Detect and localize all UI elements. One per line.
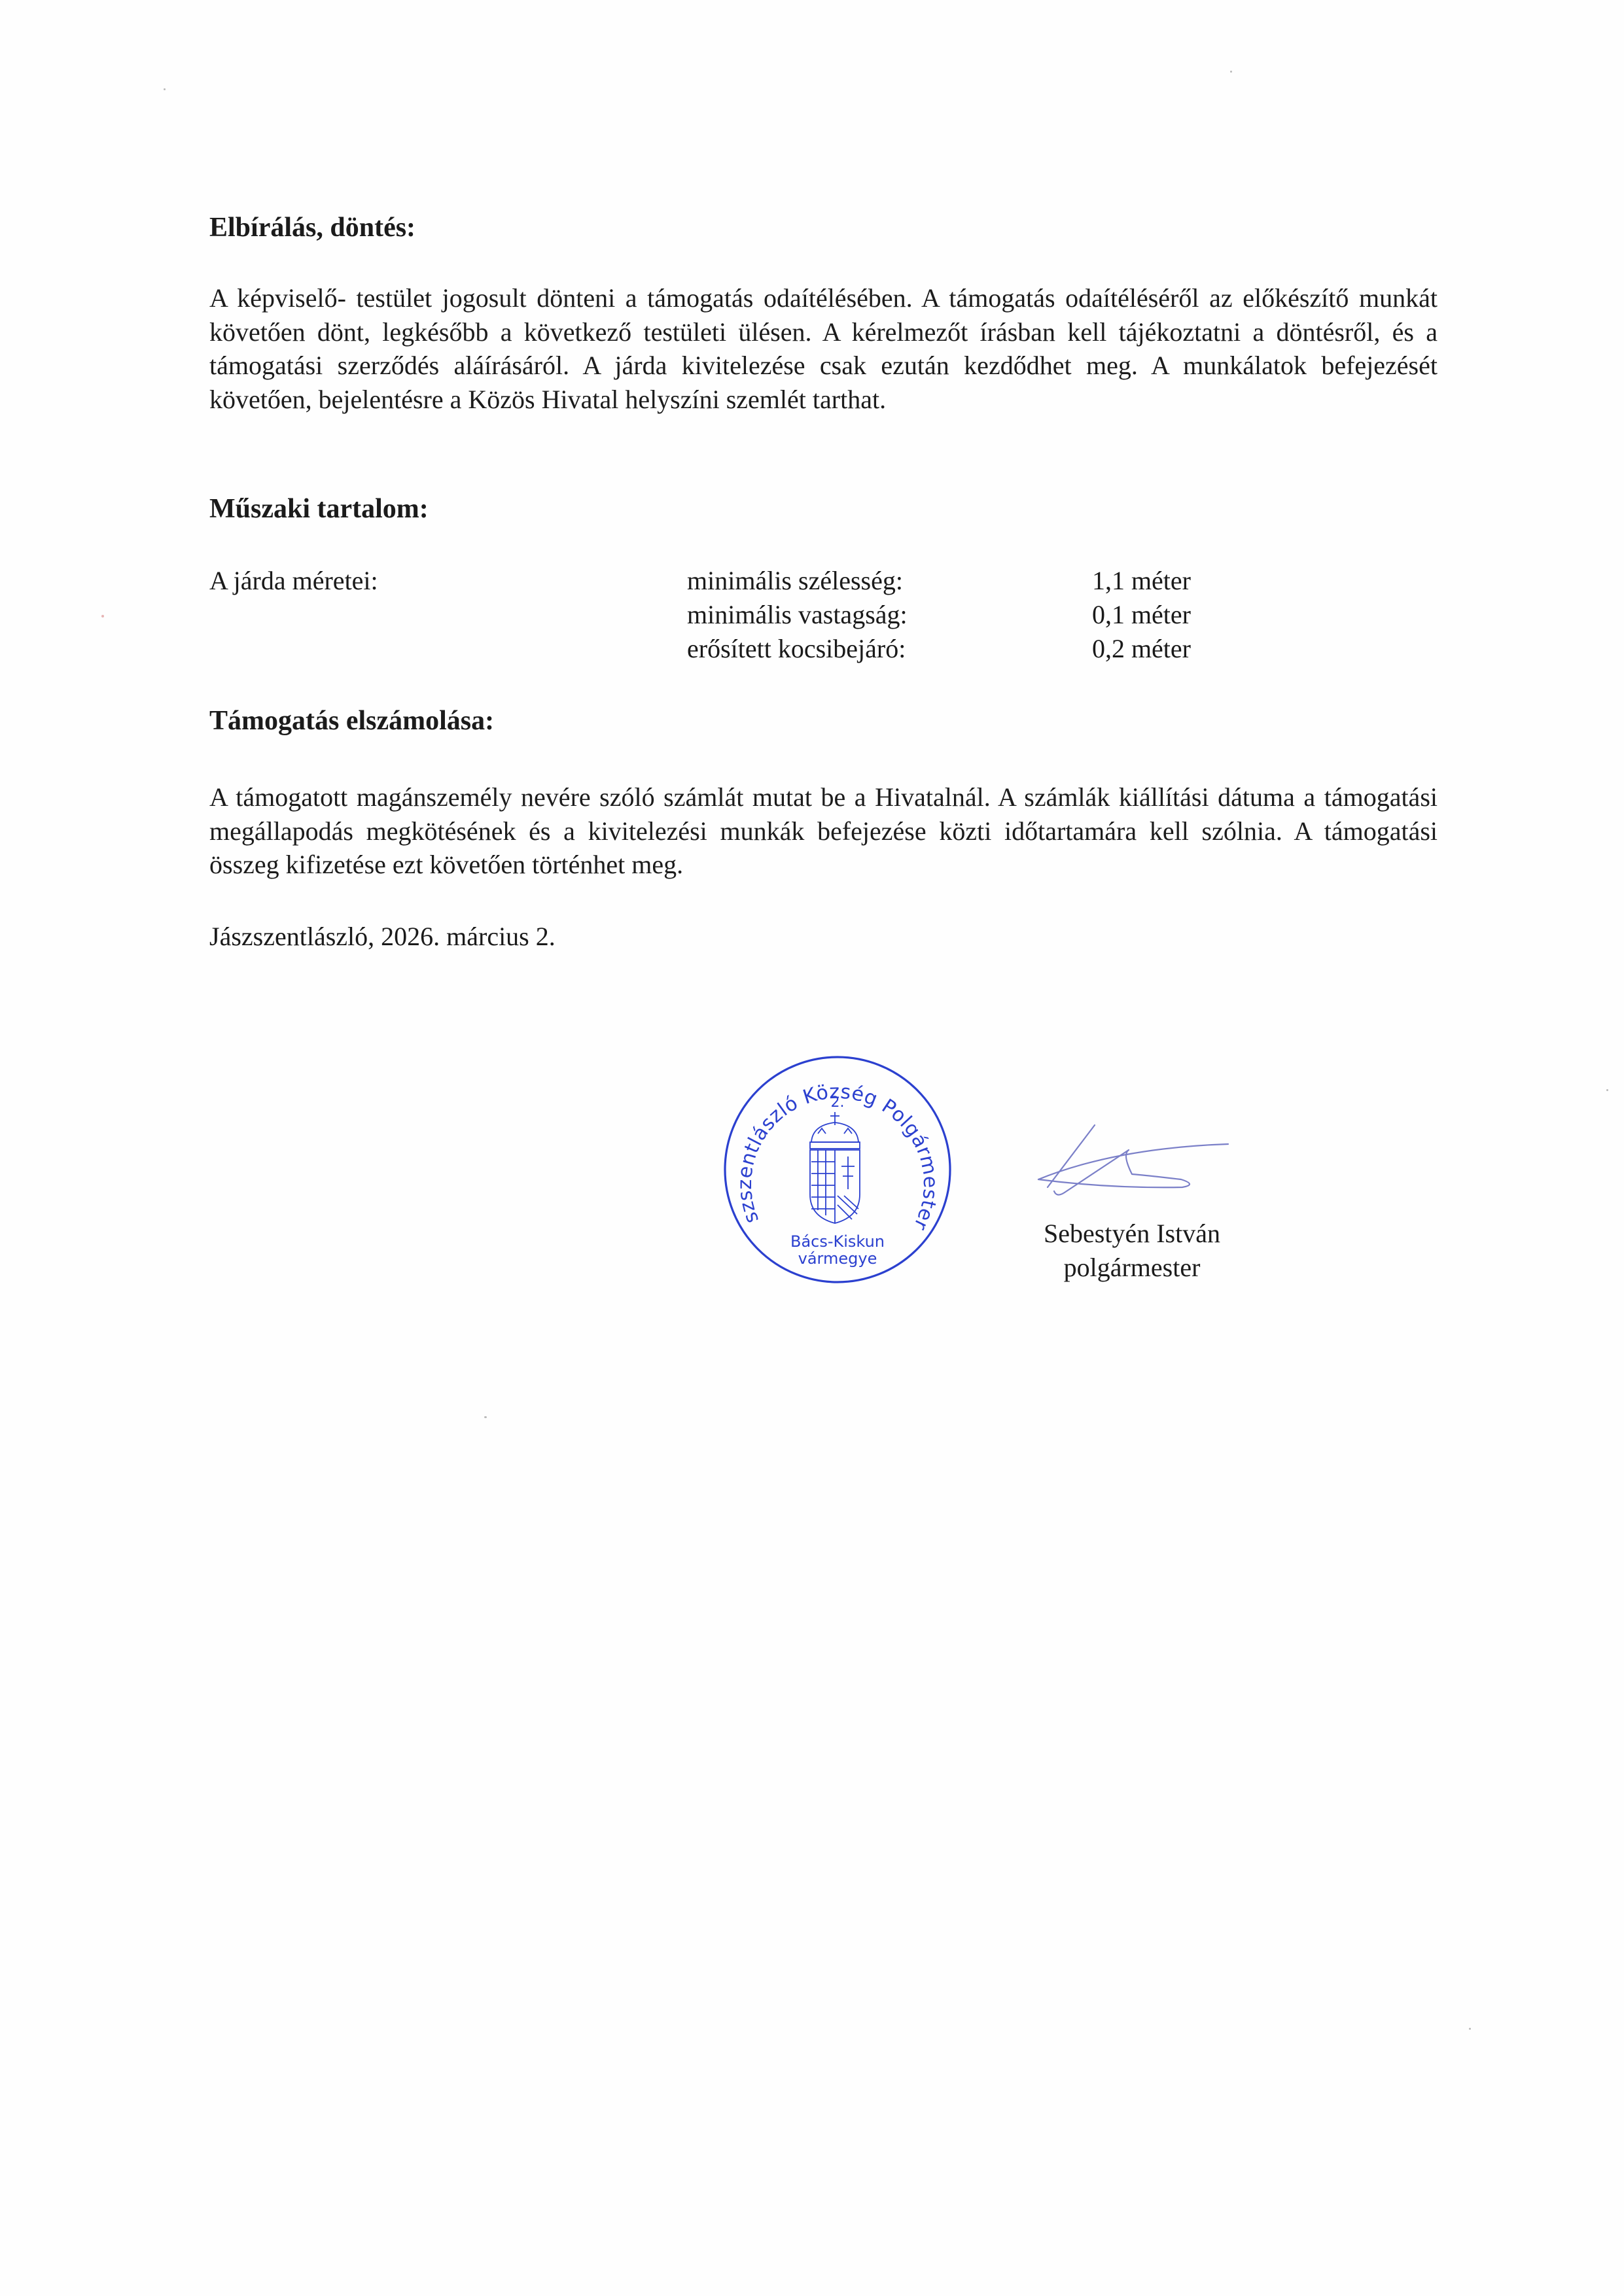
signatory-title: polgármester — [1021, 1251, 1243, 1285]
dimension-value: 0,2 méter — [1092, 632, 1191, 666]
scan-speck — [1230, 71, 1232, 73]
section-heading-decision: Elbírálás, döntés: — [209, 211, 1438, 245]
dimension-row: erősített kocsibejáró: 0,2 méter — [687, 632, 1191, 666]
scan-speck — [101, 615, 104, 617]
handwritten-signature — [1031, 1115, 1240, 1200]
stamp-county: Bács-Kiskun — [790, 1232, 885, 1251]
stamp-county-suffix: vármegye — [798, 1249, 877, 1268]
dimension-label: minimális szélesség: — [687, 564, 903, 598]
scan-speck — [164, 88, 166, 90]
dimension-row: minimális vastagság: 0,1 méter — [687, 598, 1191, 632]
date-line: Jászszentlászló, 2026. március 2. — [209, 920, 556, 954]
dimensions-table: minimális szélesség: 1,1 méter minimális… — [687, 564, 1191, 666]
coat-of-arms-icon — [810, 1112, 860, 1223]
dimensions-label: A járda méretei: — [209, 564, 378, 598]
signatory-name: Sebestyén István — [1021, 1217, 1243, 1251]
dimension-value: 0,1 méter — [1092, 598, 1191, 632]
official-stamp: Jászszentlászló Község Polgármestere 2. … — [720, 1052, 955, 1287]
stamp-ring-text: Jászszentlászló Község Polgármestere — [720, 1052, 942, 1234]
scan-speck — [1469, 2028, 1471, 2030]
dimension-row: minimális szélesség: 1,1 méter — [687, 564, 1191, 598]
scan-speck — [484, 1416, 487, 1418]
dimension-label: minimális vastagság: — [687, 598, 908, 632]
signatory-block: Sebestyén István polgármester — [1021, 1217, 1243, 1285]
document-page: Elbírálás, döntés: A képviselő- testület… — [0, 0, 1624, 2296]
scan-speck — [1606, 1089, 1608, 1091]
section-heading-technical: Műszaki tartalom: — [209, 492, 1438, 526]
svg-text:Jászszentlászló Község Polgárm: Jászszentlászló Község Polgármestere — [720, 1052, 942, 1234]
section-body-decision: A képviselő- testület jogosult dönteni a… — [209, 281, 1438, 416]
section-heading-settlement: Támogatás elszámolása: — [209, 704, 1438, 738]
stamp-number: 2. — [831, 1094, 845, 1111]
dimension-value: 1,1 méter — [1092, 564, 1191, 598]
section-body-settlement: A támogatott magánszemély nevére szóló s… — [209, 780, 1438, 882]
dimension-label: erősített kocsibejáró: — [687, 632, 906, 666]
